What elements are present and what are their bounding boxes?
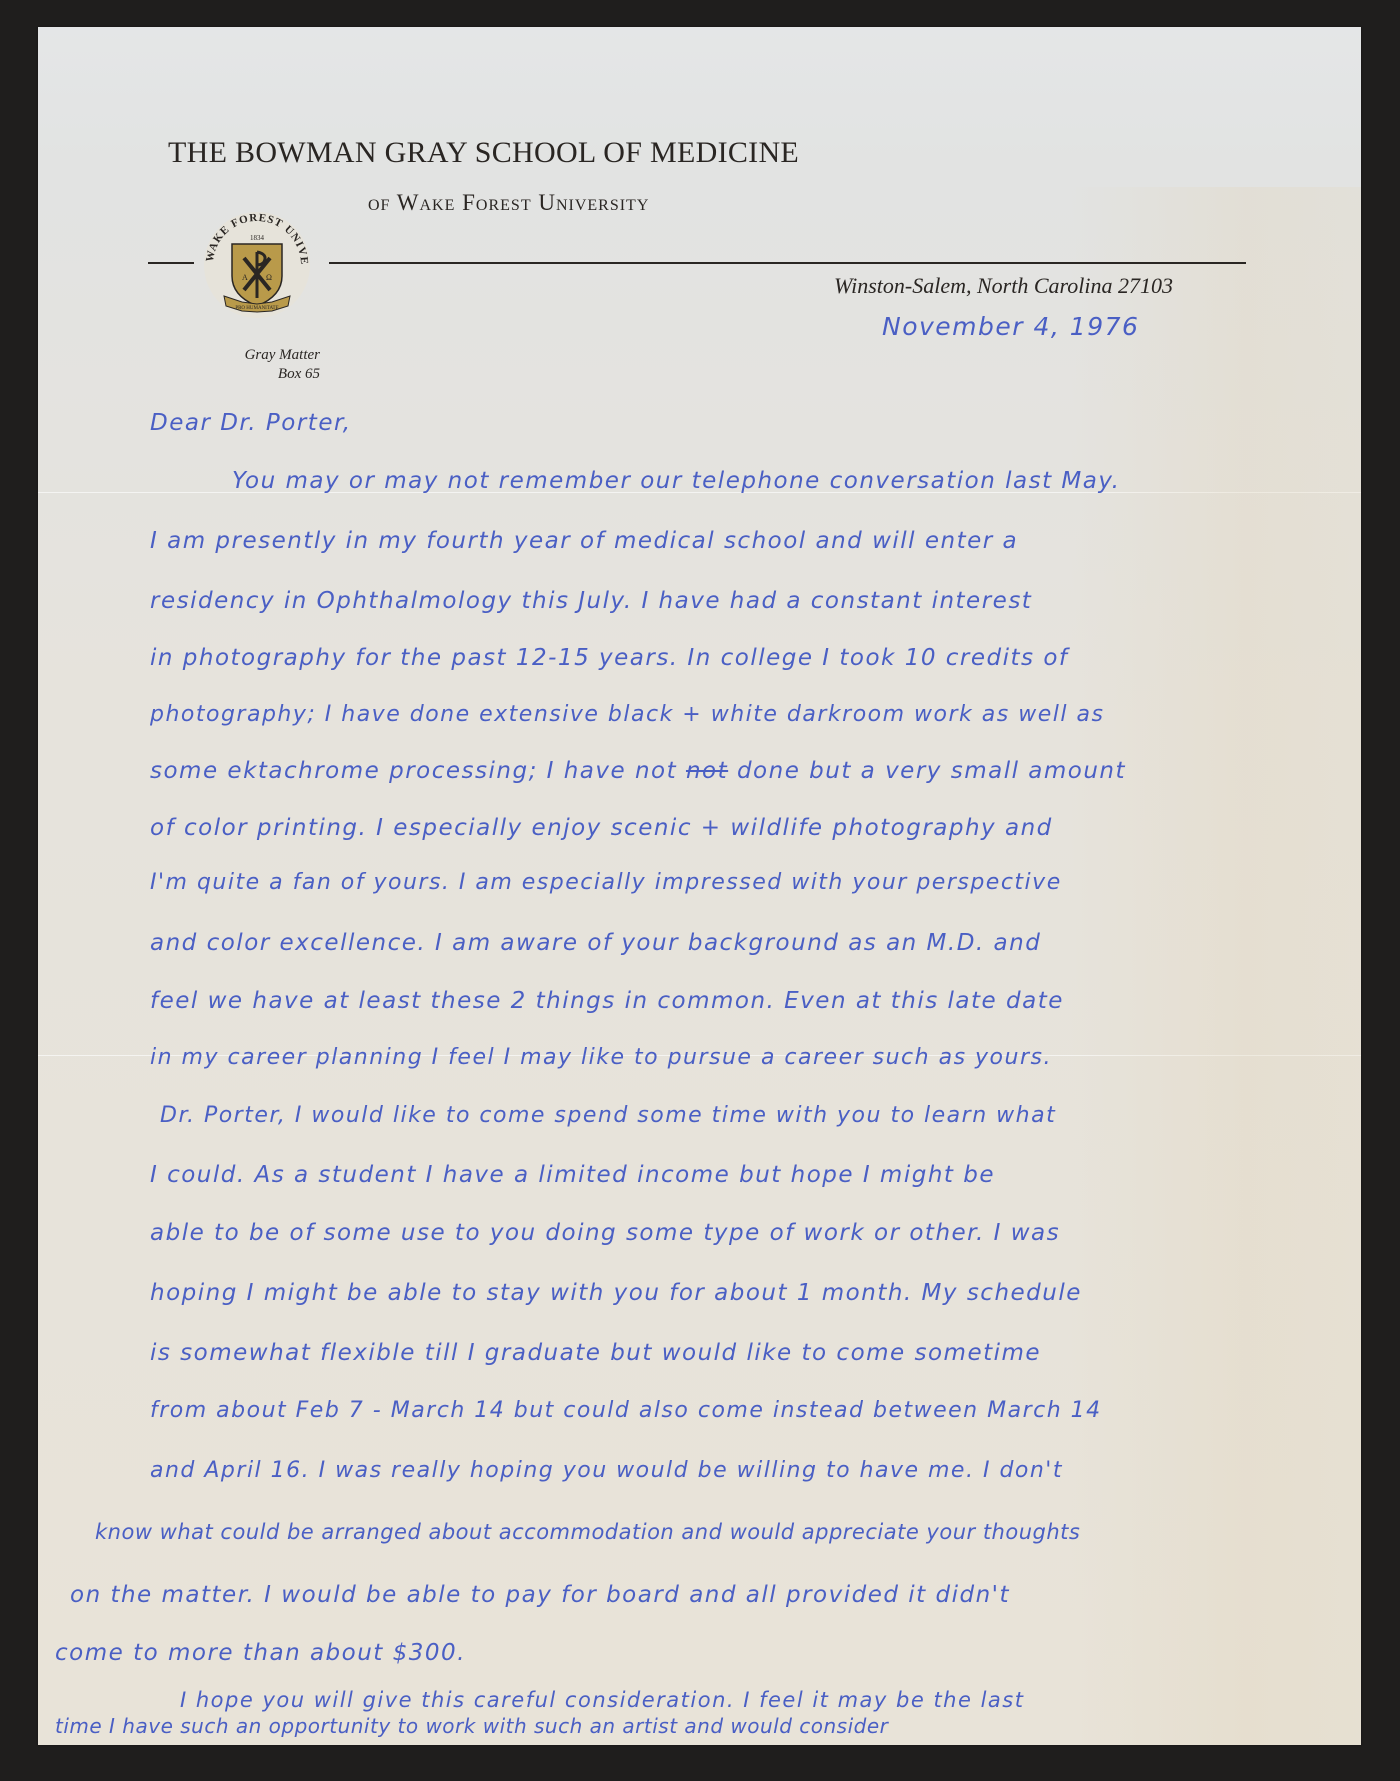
letter-line: of color printing. I especially enjoy sc… [150, 815, 1053, 841]
letterhead-city: Winston-Salem, North Carolina 27103 [834, 273, 1173, 299]
box-number: Box 65 [200, 365, 320, 384]
letter-line: residency in Ophthalmology this July. I … [150, 588, 1032, 614]
letter-line: time I have such an opportunity to work … [55, 1714, 888, 1738]
letter-line: in my career planning I feel I may like … [150, 1045, 1052, 1070]
letter-line: on the matter. I would be able to pay fo… [70, 1582, 1010, 1608]
struck-word: not [686, 758, 728, 784]
letterhead-rule [148, 262, 194, 264]
letterhead-box-address: Gray Matter Box 65 [200, 346, 320, 384]
letter-line-tail: done but a very small amount [737, 758, 1126, 784]
svg-text:Α: Α [242, 273, 248, 282]
letter-line-head: some ektachrome processing; I have not [150, 758, 677, 784]
letter-date: November 4, 1976 [882, 312, 1139, 341]
letter-line: know what could be arranged about accomm… [95, 1520, 1080, 1544]
svg-text:1834: 1834 [250, 234, 265, 242]
letter-line: I could. As a student I have a limited i… [150, 1162, 995, 1188]
letter-line: in photography for the past 12-15 years.… [150, 645, 1069, 671]
department-name: Gray Matter [200, 346, 320, 365]
letter-line: some ektachrome processing; I have not n… [150, 758, 1126, 784]
letter-line: is somewhat flexible till I graduate but… [150, 1340, 1041, 1366]
letter-line: I hope you will give this careful consid… [180, 1688, 1024, 1712]
letterhead-subtitle: of Wake Forest University [368, 190, 649, 216]
letter-salutation: Dear Dr. Porter, [150, 410, 352, 436]
letter-line: You may or may not remember our telephon… [232, 468, 1120, 494]
svg-text:PRO HUMANITATE: PRO HUMANITATE [235, 306, 278, 311]
letter-line: come to more than about $300. [55, 1640, 466, 1666]
letter-line: and color excellence. I am aware of your… [150, 930, 1041, 956]
letter-line: and April 16. I was really hoping you wo… [150, 1458, 1063, 1483]
letter-line: able to be of some use to you doing some… [150, 1220, 1060, 1246]
letterhead-institution: THE BOWMAN GRAY SCHOOL OF MEDICINE [168, 136, 799, 170]
letter-line: I am presently in my fourth year of medi… [150, 528, 1018, 554]
letter-line: I'm quite a fan of yours. I am especiall… [150, 870, 1062, 895]
svg-text:Ω: Ω [266, 273, 272, 282]
university-seal-icon: WAKE FOREST UNIVERSITY 1834 Α Ω PRO HUMA… [202, 210, 312, 320]
letter-line: from about Feb 7 - March 14 but could al… [150, 1398, 1102, 1423]
letter-line: photography; I have done extensive black… [150, 702, 1104, 727]
letter-line: hoping I might be able to stay with you … [150, 1280, 1082, 1306]
letter-line: Dr. Porter, I would like to come spend s… [160, 1103, 1056, 1128]
letter-line: feel we have at least these 2 things in … [150, 988, 1064, 1014]
letterhead-rule [329, 262, 1246, 264]
